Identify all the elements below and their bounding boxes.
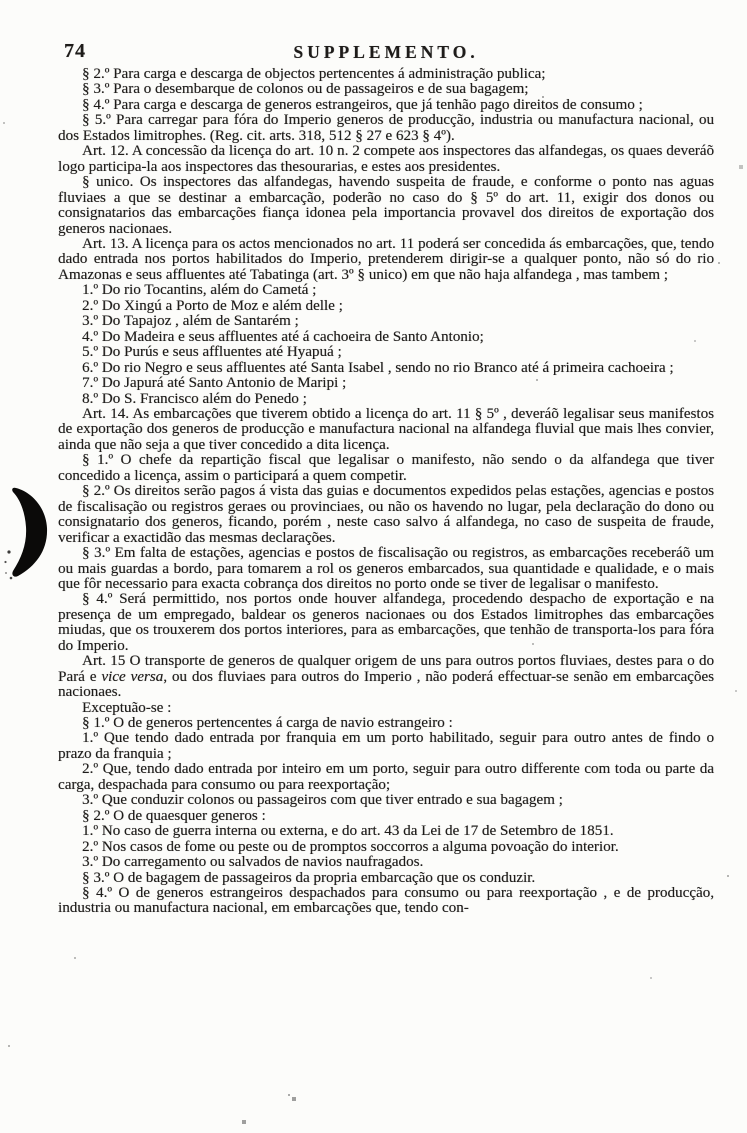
paragraph: Art. 14. As embarcações que tiverem obti…	[58, 407, 714, 453]
scanned-document-page: 74 SUPPLEMENTO. § 2.º Para carga e desca…	[0, 0, 747, 1133]
text-run: § 4.º Será permittido, nos portos onde h…	[58, 591, 714, 653]
text-run: § 1.º O chefe da repartição fiscal que l…	[58, 452, 714, 483]
text-run: Exceptuão-se :	[82, 700, 171, 716]
paragraph: 6.º Do rio Negro e seus affluentes até S…	[58, 361, 714, 376]
text-run: § 2.º Para carga e descarga de objectos …	[82, 66, 545, 82]
paragraph: § unico. Os inspectores das alfandegas, …	[58, 175, 714, 237]
paragraph: 3.º Do carregamento ou salvados de navio…	[58, 855, 714, 870]
paragraph: § 2.º Os direitos serão pagos á vista da…	[58, 484, 714, 546]
text-run: 2.º Do Xingú a Porto de Moz e além delle…	[82, 298, 343, 314]
paragraph: § 1.º O chefe da repartição fiscal que l…	[58, 453, 714, 484]
text-run: Art. 12. A concessão da licença do art. …	[58, 143, 714, 174]
text-run: 3.º Que conduzir colonos ou passageiros …	[82, 792, 563, 808]
paragraph: 5.º Do Purús e seus affluentes até Hyapu…	[58, 345, 714, 360]
paragraph: 2.º Nos casos de fome ou peste ou de pro…	[58, 840, 714, 855]
paragraph: 8.º Do S. Francisco além do Penedo ;	[58, 392, 714, 407]
text-run: 1.º No caso de guerra interna ou externa…	[82, 823, 614, 839]
paragraph: Art. 12. A concessão da licença do art. …	[58, 144, 714, 175]
paragraph: § 2.º Para carga e descarga de objectos …	[58, 67, 714, 82]
text-run: 7.º Do Japurá até Santo Antonio de Marip…	[82, 375, 346, 391]
paragraph: § 4.º Será permittido, nos portos onde h…	[58, 592, 714, 654]
paragraph: Exceptuão-se :	[58, 701, 714, 716]
paragraph: § 5.º Para carregar para fóra do Imperio…	[58, 113, 714, 144]
text-run: 5.º Do Purús e seus affluentes até Hyapu…	[82, 344, 342, 360]
paragraph: 3.º Que conduzir colonos ou passageiros …	[58, 793, 714, 808]
paragraph: § 4.º O de generos estrangeiros despacha…	[58, 886, 714, 917]
paragraph: 1.º Do rio Tocantins, além do Cametá ;	[58, 283, 714, 298]
text-run: § 3.º O de bagagem de passageiros da pro…	[82, 870, 535, 886]
paragraph: § 3.º O de bagagem de passageiros da pro…	[58, 871, 714, 886]
text-run: § 5.º Para carregar para fóra do Imperio…	[58, 112, 714, 143]
running-header: 74 SUPPLEMENTO.	[58, 40, 714, 66]
italic-phrase: vice versa	[101, 669, 163, 685]
paragraph: 1.º No caso de guerra interna ou externa…	[58, 824, 714, 839]
paragraph: 2.º Que, tendo dado entrada por inteiro …	[58, 762, 714, 793]
paragraph: Art. 13. A licença para os actos mencion…	[58, 237, 714, 283]
paragraph: § 2.º O de quaesquer generos :	[58, 809, 714, 824]
text-run: Art. 14. As embarcações que tiverem obti…	[58, 406, 714, 453]
paragraph: 2.º Do Xingú a Porto de Moz e além delle…	[58, 299, 714, 314]
text-run: 1.º Do rio Tocantins, além do Cametá ;	[82, 282, 316, 298]
paragraph: § 3.º Em falta de estações, agencias e p…	[58, 546, 714, 592]
text-run: 1.º Que tendo dado entrada por franquia …	[58, 730, 714, 761]
text-block: § 2.º Para carga e descarga de objectos …	[58, 67, 714, 917]
text-run: 4.º Do Madeira e seus affluentes até á c…	[82, 329, 484, 345]
paragraph: § 3.º Para o desembarque de colonos ou d…	[58, 82, 714, 97]
scan-noise-speckles	[0, 0, 2, 2]
text-run: § 2.º Os direitos serão pagos á vista da…	[58, 483, 714, 545]
running-header-title: SUPPLEMENTO.	[58, 42, 714, 63]
text-run: 2.º Que, tendo dado entrada por inteiro …	[58, 761, 714, 792]
text-run: § unico. Os inspectores das alfandegas, …	[58, 174, 714, 236]
paragraph: § 4.º Para carga e descarga de generos e…	[58, 98, 714, 113]
text-run: 2.º Nos casos de fome ou peste ou de pro…	[82, 839, 619, 855]
text-run: § 4.º Para carga e descarga de generos e…	[82, 97, 643, 113]
paragraph: 1.º Que tendo dado entrada por franquia …	[58, 731, 714, 762]
ink-blot	[2, 486, 52, 582]
paragraph: 7.º Do Japurá até Santo Antonio de Marip…	[58, 376, 714, 391]
text-run: § 4.º O de generos estrangeiros despacha…	[58, 885, 714, 916]
text-run: 8.º Do S. Francisco além do Penedo ;	[82, 391, 307, 407]
text-run: § 3.º Para o desembarque de colonos ou d…	[82, 81, 528, 97]
text-run: 3.º Do Tapajoz , além de Santarém ;	[82, 313, 299, 329]
text-run: Art. 13. A licença para os actos mencion…	[58, 236, 714, 283]
text-run: 6.º Do rio Negro e seus affluentes até S…	[82, 360, 674, 376]
text-run: 3.º Do carregamento ou salvados de navio…	[82, 854, 423, 870]
paragraph: § 1.º O de generos pertencentes á carga …	[58, 716, 714, 731]
text-run: § 2.º O de quaesquer generos :	[82, 808, 266, 824]
paragraph: Art. 15 O transporte de generos de qualq…	[58, 654, 714, 700]
paragraph: 3.º Do Tapajoz , além de Santarém ;	[58, 314, 714, 329]
text-run: § 3.º Em falta de estações, agencias e p…	[58, 545, 714, 592]
paragraph: 4.º Do Madeira e seus affluentes até á c…	[58, 330, 714, 345]
text-run: § 1.º O de generos pertencentes á carga …	[82, 715, 453, 731]
